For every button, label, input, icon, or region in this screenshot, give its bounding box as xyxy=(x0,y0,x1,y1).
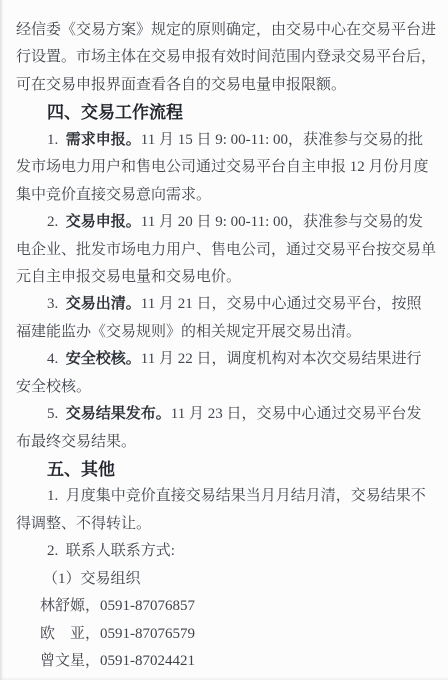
text-line: 电企业、批发市场电力用户、售电公司，通过交易平台按交易单 xyxy=(16,237,436,264)
text-line: 5. 交易结果发布。11 月 23 日，交易中心通过交易平台发 xyxy=(16,401,436,428)
text-line: 安全校核。 xyxy=(16,374,436,401)
text-segment: 林舒嫄，0591-87076857 xyxy=(40,598,195,614)
text-segment: 11 月 21 日，交易中心通过交易平台，按照 xyxy=(141,296,422,312)
text-segment: 经信委《交易方案》规定的原则确定，由交易中心在交易平台进 xyxy=(16,22,436,38)
document-body: 经信委《交易方案》规定的原则确定，由交易中心在交易平台进行设置。市场主体在交易申… xyxy=(16,17,436,676)
text-segment: 福建能监办《交易规则》的相关规定开展交易出清。 xyxy=(16,324,361,340)
text-segment: 11 月 23 日，交易中心通过交易平台发 xyxy=(171,406,422,422)
text-segment: 3. xyxy=(47,296,66,312)
text-segment: 曾文星，0591-87024421 xyxy=(40,653,195,669)
text-line: 欧 亚，0591-87076579 xyxy=(16,621,436,648)
text-line: 行设置。市场主体在交易申报有效时间范围内登录交易平台后， xyxy=(16,44,436,71)
bold-text-segment: 安全校核。 xyxy=(66,351,141,367)
text-segment: 得调整、不得转让。 xyxy=(16,516,151,532)
text-segment: 发市场电力用户和售电公司通过交易平台自主申报 12 月份月度 xyxy=(16,159,429,175)
text-line: 可在交易申报界面查看各自的交易电量申报限额。 xyxy=(16,72,436,99)
bold-text-segment: 需求申报。 xyxy=(66,132,141,148)
text-segment: （1）交易组织 xyxy=(43,571,141,587)
text-segment: 11 月 22 日，调度机构对本次交易结果进行 xyxy=(141,351,422,367)
text-line: 曾文星，0591-87024421 xyxy=(16,648,436,675)
text-segment: 2. xyxy=(47,214,66,230)
text-segment: 行设置。市场主体在交易申报有效时间范围内登录交易平台后， xyxy=(16,49,436,65)
text-line: 林舒嫄，0591-87076857 xyxy=(16,593,436,620)
bold-text-segment: 四、交易工作流程 xyxy=(47,103,183,122)
text-segment: 欧 亚，0591-87076579 xyxy=(40,626,195,642)
text-line: 元自主申报交易电量和交易电价。 xyxy=(16,264,436,291)
text-segment: 安全校核。 xyxy=(16,379,91,395)
text-segment: 布最终交易结果。 xyxy=(16,434,136,450)
text-segment: 1. 月度集中竞价直接交易结果当月月结月清，交易结果不 xyxy=(47,488,426,504)
text-line: 2. 联系人联系方式: xyxy=(16,538,436,565)
text-line: 经信委《交易方案》规定的原则确定，由交易中心在交易平台进 xyxy=(16,17,436,44)
section-heading: 四、交易工作流程 xyxy=(16,99,436,126)
text-segment: 电企业、批发市场电力用户、售电公司，通过交易平台按交易单 xyxy=(16,242,436,258)
text-line: 福建能监办《交易规则》的相关规定开展交易出清。 xyxy=(16,319,436,346)
bold-text-segment: 五、其他 xyxy=(47,460,115,479)
bold-text-segment: 交易出清。 xyxy=(66,296,141,312)
text-line: 布最终交易结果。 xyxy=(16,429,436,456)
text-segment: 元自主申报交易电量和交易电价。 xyxy=(16,269,241,285)
text-line: 1. 月度集中竞价直接交易结果当月月结月清，交易结果不 xyxy=(16,483,436,510)
text-segment: 11 月 15 日 9: 00-11: 00，获准参与交易的批 xyxy=(141,132,423,148)
text-segment: 11 月 20 日 9: 00-11: 00，获准参与交易的发 xyxy=(141,214,423,230)
text-segment: 1. xyxy=(47,132,66,148)
text-line: 集中竞价直接交易意向需求。 xyxy=(16,182,436,209)
bold-text-segment: 交易申报。 xyxy=(66,214,141,230)
scan-edge-shadow-left xyxy=(0,0,5,680)
text-segment: 2. 联系人联系方式: xyxy=(47,543,175,559)
text-line: 1. 需求申报。11 月 15 日 9: 00-11: 00，获准参与交易的批 xyxy=(16,127,436,154)
scanned-document-page: 经信委《交易方案》规定的原则确定，由交易中心在交易平台进行设置。市场主体在交易申… xyxy=(0,0,448,680)
bold-text-segment: 交易结果发布。 xyxy=(66,406,171,422)
text-line: 2. 交易申报。11 月 20 日 9: 00-11: 00，获准参与交易的发 xyxy=(16,209,436,236)
text-line: 发市场电力用户和售电公司通过交易平台自主申报 12 月份月度 xyxy=(16,154,436,181)
text-segment: 5. xyxy=(47,406,66,422)
text-segment: 集中竞价直接交易意向需求。 xyxy=(16,187,211,203)
text-line: 得调整、不得转让。 xyxy=(16,511,436,538)
text-segment: 可在交易申报界面查看各自的交易电量申报限额。 xyxy=(16,77,346,93)
section-heading: 五、其他 xyxy=(16,456,436,483)
text-segment: 4. xyxy=(47,351,66,367)
text-line: 3. 交易出清。11 月 21 日，交易中心通过交易平台，按照 xyxy=(16,291,436,318)
text-line: （1）交易组织 xyxy=(16,566,436,593)
text-line: 4. 安全校核。11 月 22 日，调度机构对本次交易结果进行 xyxy=(16,346,436,373)
